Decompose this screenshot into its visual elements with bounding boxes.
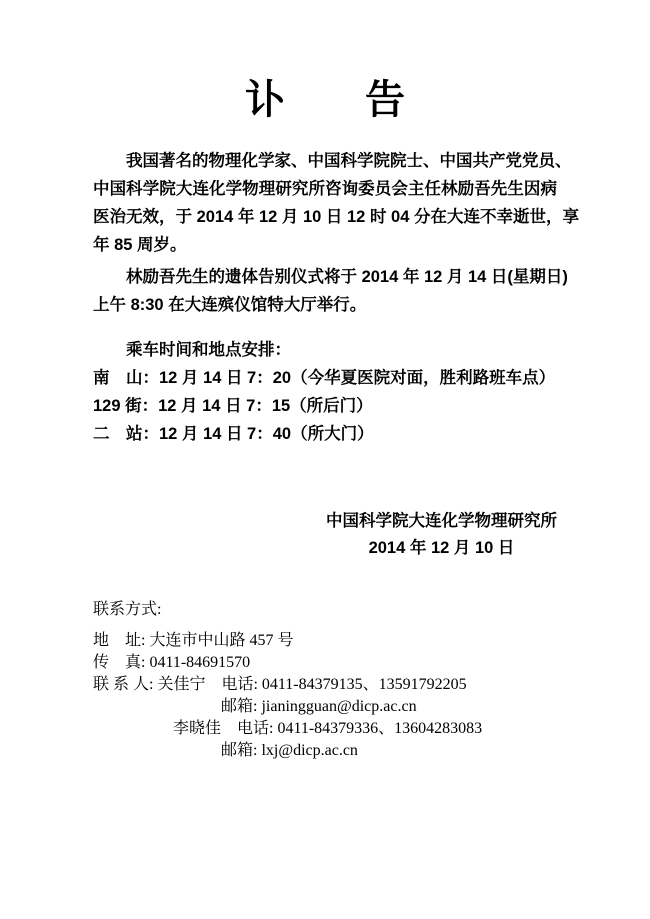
bus-schedule-line-129street: 129 街：12 月 14 日 7：15（所后门） bbox=[93, 392, 557, 420]
obituary-page: 讣 告 我国著名的物理化学家、中国科学院院士、中国共产党党员、 中国科学院大连化… bbox=[0, 0, 650, 919]
paragraph-line: 中国科学院大连化学物理研究所咨询委员会主任林励吾先生因病 bbox=[93, 175, 557, 203]
signature-inner: 中国科学院大连化学物理研究所 2014 年 12 月 10 日 bbox=[326, 507, 557, 562]
paragraph-line: 医治无效，于 2014 年 12 月 10 日 12 时 04 分在大连不幸逝世… bbox=[93, 203, 557, 231]
bus-schedule-heading: 乘车时间和地点安排： bbox=[93, 336, 557, 364]
contact-section: 地 址: 大连市中山路 457 号 传 真: 0411-84691570 联 系… bbox=[93, 630, 557, 762]
paragraph-memorial-service: 林励吾先生的遗体告别仪式将于 2014 年 12 月 14 日(星期日) 上午 … bbox=[93, 263, 557, 319]
contact-fax-line: 传 真: 0411-84691570 bbox=[93, 652, 557, 674]
bus-schedule-line-nanshan: 南 山：12 月 14 日 7：20（今华夏医院对面，胜利路班车点） bbox=[93, 364, 557, 392]
paragraph-line: 上午 8:30 在大连殡仪馆特大厅举行。 bbox=[93, 291, 557, 319]
signature-block: 中国科学院大连化学物理研究所 2014 年 12 月 10 日 bbox=[93, 507, 557, 562]
bus-schedule-section: 乘车时间和地点安排： 南 山：12 月 14 日 7：20（今华夏医院对面，胜利… bbox=[93, 336, 557, 448]
paragraph-line: 我国著名的物理化学家、中国科学院院士、中国共产党党员、 bbox=[93, 147, 557, 175]
contact-person2-phone-line: 李晓佳 电话: 0411-84379336、13604283083 bbox=[93, 718, 557, 740]
contact-person2-email-line: 邮箱: lxj@dicp.ac.cn bbox=[93, 740, 557, 762]
bus-schedule-line-erzhan: 二 站：12 月 14 日 7：40（所大门） bbox=[93, 420, 557, 448]
paragraph-line: 林励吾先生的遗体告别仪式将于 2014 年 12 月 14 日(星期日) bbox=[93, 263, 557, 291]
page-content: 讣 告 我国著名的物理化学家、中国科学院院士、中国共产党党员、 中国科学院大连化… bbox=[0, 0, 650, 762]
paragraph-line: 年 85 周岁。 bbox=[93, 231, 557, 259]
signature-date: 2014 年 12 月 10 日 bbox=[326, 535, 557, 562]
contact-address-line: 地 址: 大连市中山路 457 号 bbox=[93, 630, 557, 652]
signature-organization: 中国科学院大连化学物理研究所 bbox=[326, 507, 557, 535]
contact-person1-email-line: 邮箱: jianingguan@dicp.ac.cn bbox=[93, 696, 557, 718]
contact-person1-phone-line: 联 系 人: 关佳宁 电话: 0411-84379135、13591792205 bbox=[93, 674, 557, 696]
paragraph-death-announcement: 我国著名的物理化学家、中国科学院院士、中国共产党党员、 中国科学院大连化学物理研… bbox=[93, 147, 557, 259]
contact-section-heading: 联系方式: bbox=[93, 599, 557, 621]
page-title: 讣 告 bbox=[93, 0, 557, 123]
